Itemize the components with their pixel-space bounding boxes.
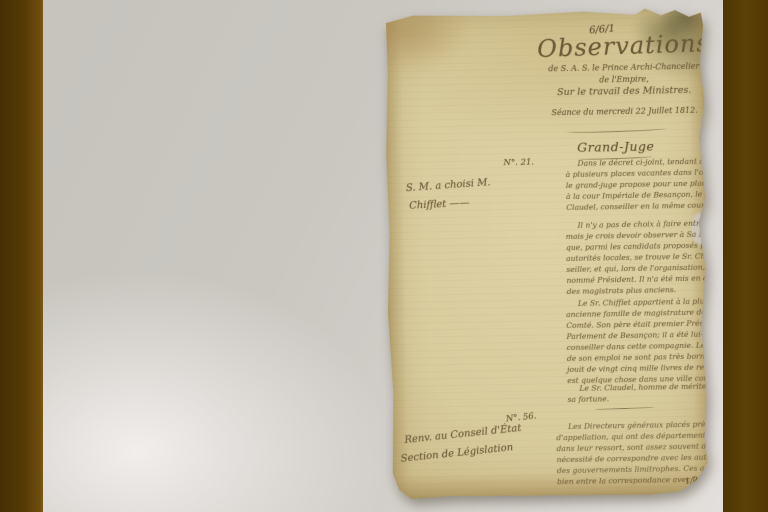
right-frame-band	[723, 0, 768, 512]
photo-of-manuscript: { "colors": { "side_band": "#553a06", "b…	[0, 0, 768, 512]
manuscript-page-wrapper: 6/6/1 Observations de S. A. S. le Prince…	[383, 8, 711, 500]
paper-vignette	[383, 8, 711, 500]
manuscript-page: 6/6/1 Observations de S. A. S. le Prince…	[383, 8, 711, 500]
left-frame-band	[0, 0, 43, 512]
